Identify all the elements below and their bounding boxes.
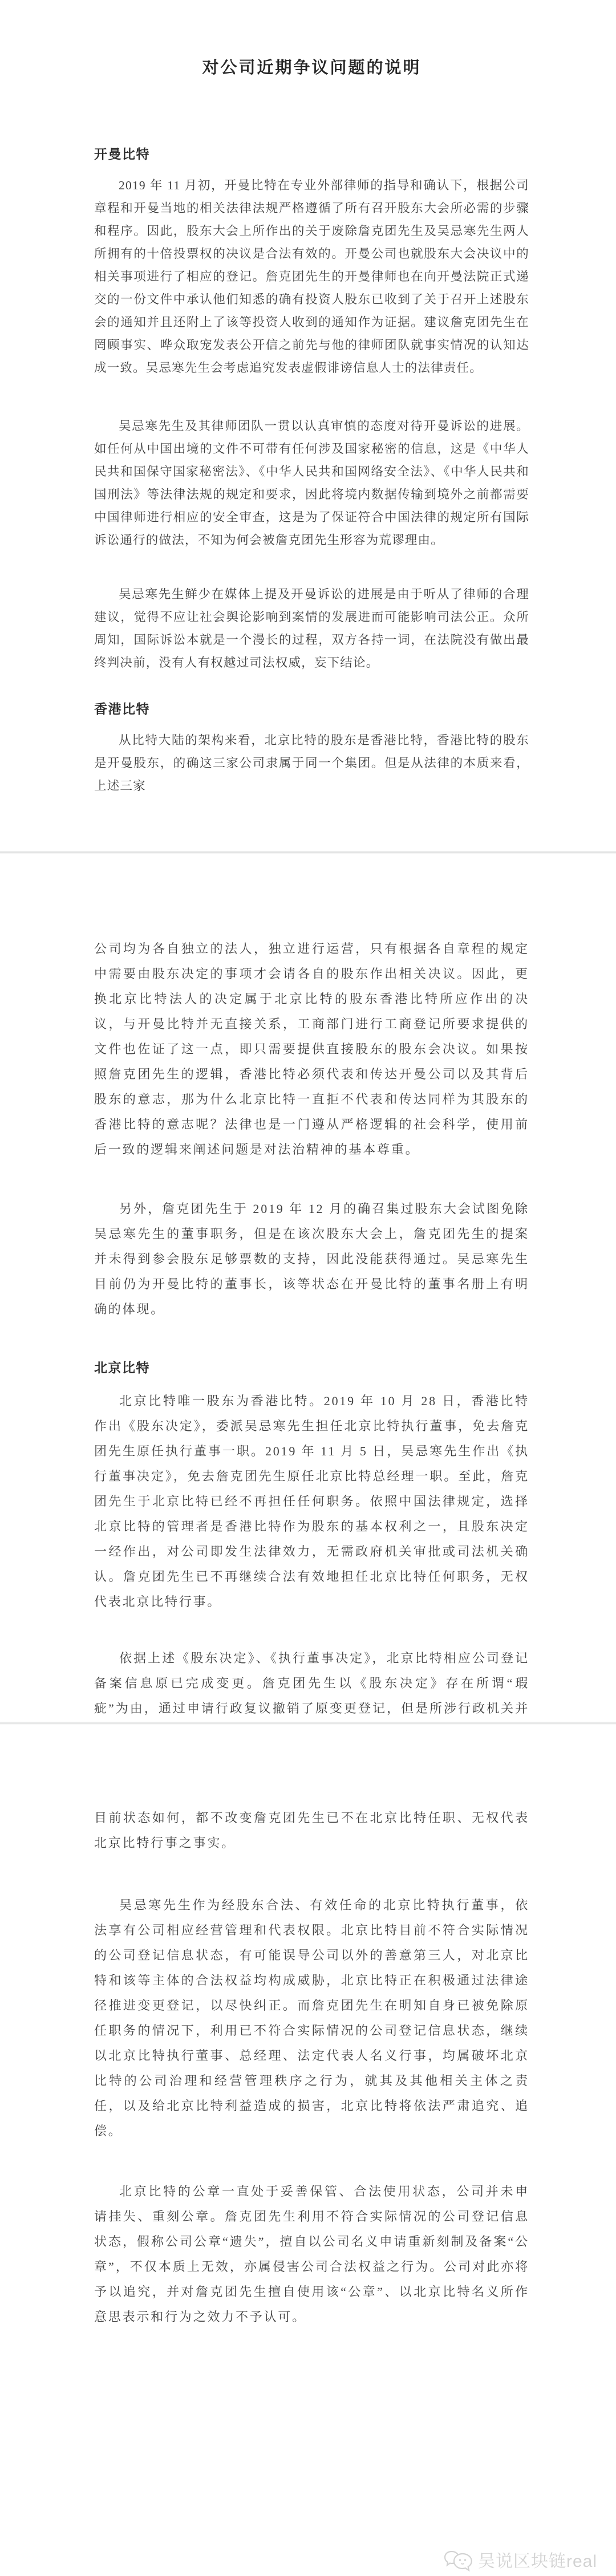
watermark-text: 吴说区块链real <box>478 2552 597 2571</box>
paragraph-beijing-4: 北京比特的公章一直处于妥善保管、合法使用状态，公司并未申请挂失、重刻公章。詹克团… <box>94 2179 529 2330</box>
document-screenshot: { "document": { "title": "对公司近期争议问题的说明",… <box>0 0 616 2576</box>
paragraph-cayman-3: 吴忌寒先生鲜少在媒体上提及开曼诉讼的进展是由于听从了律师的合理建议，觉得不应让社… <box>94 583 529 674</box>
document-title: 对公司近期争议问题的说明 <box>94 56 529 80</box>
page-2: 公司均为各自独立的法人，独立进行运营，只有根据各自章程的规定中需要由股东决定的事… <box>0 854 616 1722</box>
section-heading-beijing-bit: 北京比特 <box>94 1359 529 1377</box>
paragraph-beijing-2-part2: 目前状态如何，都不改变詹克团先生已不在北京比特任职、无权代表北京比特行事之事实。 <box>94 1806 529 1856</box>
speech-bubble-logo-icon <box>444 2549 473 2575</box>
paragraph-beijing-1: 北京比特唯一股东为香港比特。2019 年 10 月 28 日，香港比特作出《股东… <box>94 1389 529 1614</box>
page-1: 对公司近期争议问题的说明 开曼比特 2019 年 11 月初，开曼比特在专业外部… <box>0 0 616 851</box>
watermark: 吴说区块链real <box>444 2549 597 2575</box>
paragraph-hongkong-1-part1: 从比特大陆的架构来看，北京比特的股东是香港比特，香港比特的股东是开曼股东，的确这… <box>94 729 529 797</box>
paragraph-cayman-1: 2019 年 11 月初，开曼比特在专业外部律师的指导和确认下，根据公司章程和开… <box>94 174 529 379</box>
paragraph-hongkong-2: 另外，詹克团先生于 2019 年 12 月的确召集过股东大会试图免除吴忌寒先生的… <box>94 1196 529 1322</box>
paragraph-hongkong-1-part2: 公司均为各自独立的法人，独立进行运营，只有根据各自章程的规定中需要由股东决定的事… <box>94 936 529 1162</box>
section-heading-hongkong-bit: 香港比特 <box>94 700 529 719</box>
section-heading-cayman-bit: 开曼比特 <box>94 145 529 164</box>
paragraph-beijing-3: 吴忌寒先生作为经股东合法、有效任命的北京比特执行董事，依法享有公司相应经营管理和… <box>94 1893 529 2144</box>
page-3: 目前状态如何，都不改变詹克团先生已不在北京比特任职、无权代表北京比特行事之事实。… <box>0 1725 616 2576</box>
paragraph-cayman-2: 吴忌寒先生及其律师团队一贯以认真审慎的态度对待开曼诉讼的进展。如任何从中国出境的… <box>94 415 529 551</box>
